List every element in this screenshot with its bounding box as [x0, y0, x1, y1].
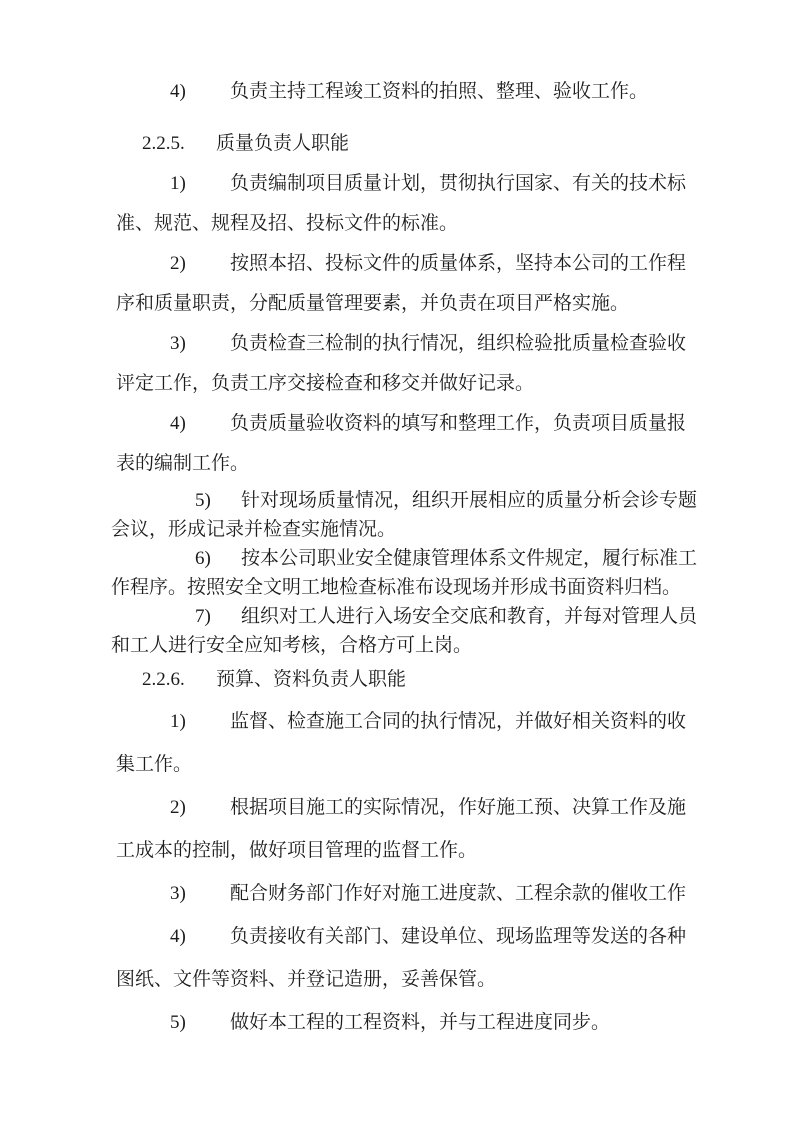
list-item-2-2-5-4: 4)负责质量验收资料的填写和整理工作，负责项目质量报表的编制工作。 [116, 404, 686, 484]
single-spaced-block: 5)针对现场质量情况，组织开展相应的质量分析会诊专题会议，形成记录并检查实施情况… [116, 486, 686, 660]
document-page: 4)负责主持工程竣工资料的拍照、整理、验收工作。 2.2.5.质量负责人职能 1… [0, 0, 793, 1122]
list-item-2-2-6-2: 2)根据项目施工的实际情况，作好施工预、决算工作及施工成本的控制，做好项目管理的… [116, 786, 686, 872]
document-content: 4)负责主持工程竣工资料的拍照、整理、验收工作。 2.2.5.质量负责人职能 1… [0, 0, 793, 1044]
list-marker: 4) [170, 72, 230, 112]
heading-number: 2.2.6. [142, 660, 216, 700]
list-item-2-2-6-1: 1)监督、检查施工合同的执行情况，并做好相关资料的收集工作。 [116, 700, 686, 786]
list-marker: 5) [195, 486, 241, 515]
list-marker: 3) [170, 872, 230, 915]
list-item-2-2-5-2: 2)按照本招、投标文件的质量体系，坚持本公司的工作程序和质量职责，分配质量管理要… [116, 244, 686, 324]
list-item-prev-4: 4)负责主持工程竣工资料的拍照、整理、验收工作。 [116, 72, 686, 112]
section-heading-2-2-5: 2.2.5.质量负责人职能 [116, 124, 686, 164]
list-item-2-2-6-5: 5)做好本工程的工程资料，并与工程进度同步。 [116, 1001, 686, 1044]
list-marker: 4) [170, 915, 230, 958]
heading-number: 2.2.5. [142, 124, 216, 164]
list-item-2-2-5-7: 7)组织对工人进行入场安全交底和教育，并每对管理人员和工人进行安全应知考核，合格… [111, 602, 697, 660]
list-marker: 1) [170, 700, 230, 743]
list-item-2-2-5-6: 6)按本公司职业安全健康管理体系文件规定，履行标准工作程序。按照安全文明工地检查… [111, 544, 697, 602]
list-item-2-2-5-1: 1)负责编制项目质量计划，贯彻执行国家、有关的技术标准、规范、规程及招、投标文件… [116, 164, 686, 244]
list-marker: 4) [170, 404, 230, 444]
list-marker: 3) [170, 324, 230, 364]
list-text: 做好本工程的工程资料，并与工程进度同步。 [230, 1012, 610, 1033]
list-item-2-2-5-5: 5)针对现场质量情况，组织开展相应的质量分析会诊专题会议，形成记录并检查实施情况… [111, 486, 697, 544]
section-heading-2-2-6: 2.2.6.预算、资料负责人职能 [116, 660, 686, 700]
list-marker: 1) [170, 164, 230, 204]
list-item-2-2-6-3: 3)配合财务部门作好对施工进度款、工程余款的催收工作 [116, 872, 686, 915]
list-marker: 2) [170, 244, 230, 284]
list-item-2-2-6-4: 4)负责接收有关部门、建设单位、现场监理等发送的各种图纸、文件等资料、并登记造册… [116, 915, 686, 1001]
list-item-2-2-5-3: 3)负责检查三检制的执行情况，组织检验批质量检查验收评定工作，负责工序交接检查和… [116, 324, 686, 404]
list-marker: 2) [170, 786, 230, 829]
list-text: 负责主持工程竣工资料的拍照、整理、验收工作。 [230, 81, 648, 102]
list-marker: 5) [170, 1001, 230, 1044]
list-text: 配合财务部门作好对施工进度款、工程余款的催收工作 [230, 883, 686, 904]
list-marker: 6) [195, 544, 241, 573]
heading-title: 预算、资料负责人职能 [216, 669, 406, 690]
list-marker: 7) [195, 602, 241, 631]
heading-title: 质量负责人职能 [216, 133, 349, 154]
